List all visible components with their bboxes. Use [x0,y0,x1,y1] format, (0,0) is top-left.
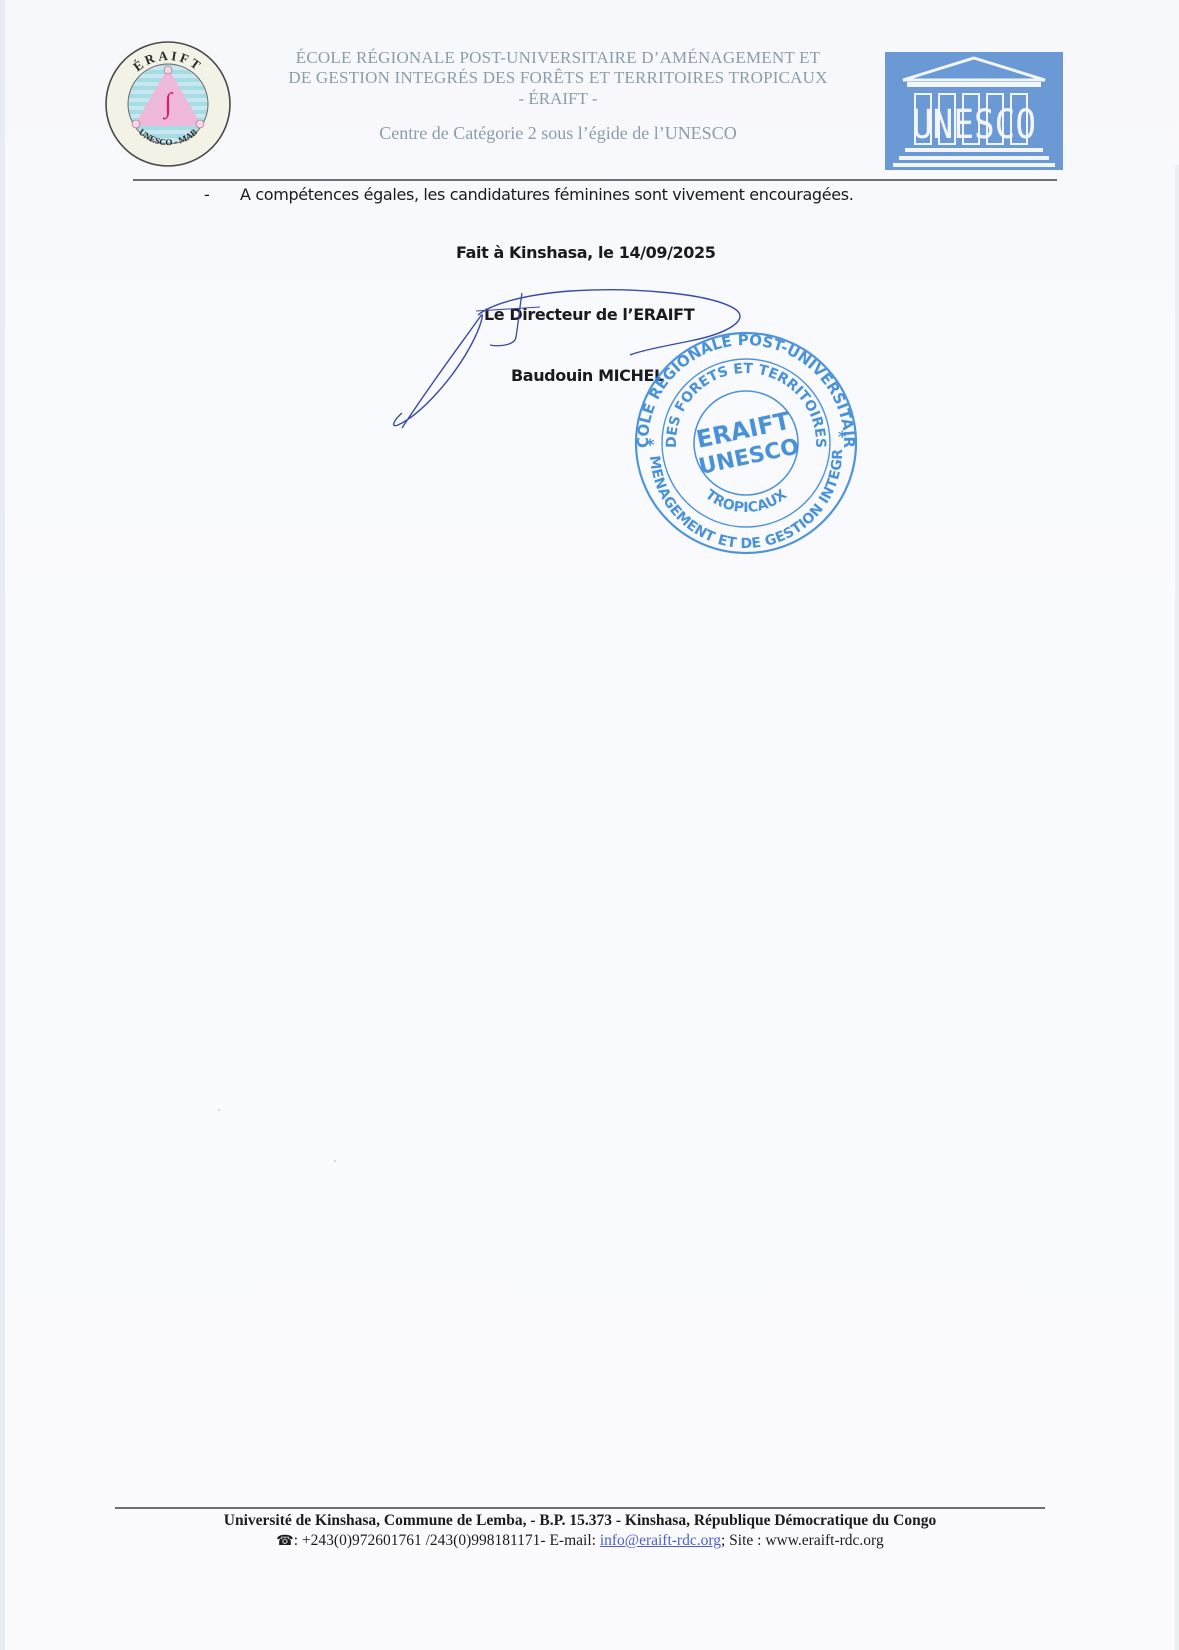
svg-text:TROPICAUX: TROPICAUX [702,487,790,517]
footer-phone: : +243(0)972601761 /243(0)998181171- E-m… [294,1532,600,1549]
email-link[interactable]: info@eraift-rdc.org [600,1532,721,1549]
header-line-1: ÉCOLE RÉGIONALE POST-UNIVERSITAIRE D’AMÉ… [228,48,888,68]
footer-contact: Université de Kinshasa, Commune de Lemba… [100,1511,1060,1552]
eraift-emblem-icon: ∫ ÉRAIFT UNESCO - MAB [102,38,234,170]
bullet-text: A compétences égales, les candidatures f… [240,185,853,204]
phone-icon: ☎ [276,1532,293,1552]
svg-text:UNESCO: UNESCO [912,102,1036,148]
footer-contact-line: ☎: +243(0)972601761 /243(0)998181171- E-… [100,1531,1060,1552]
scan-speck [334,1160,336,1162]
document-page: ∫ ÉRAIFT UNESCO - MAB ÉCOLE RÉGIONALE PO… [0,0,1179,1650]
unesco-temple-icon: UNESCO [885,52,1063,170]
header-divider [133,179,1057,181]
header-subtitle: Centre de Catégorie 2 sous l’égide de l’… [228,122,888,144]
footer-divider [115,1507,1045,1509]
scan-speck [218,1109,220,1111]
bullet-item: -A compétences égales, les candidatures … [204,184,853,206]
header-line-2: DE GESTION INTEGRÉS DES FORÊTS ET TERRIT… [228,68,888,88]
footer-site: ; Site : www.eraift-rdc.org [721,1532,884,1549]
place-and-date: Fait à Kinshasa, le 14/09/2025 [456,243,715,262]
header-acronym: - ÉRAIFT - [228,88,888,110]
bullet-marker: - [204,184,240,206]
scan-edge-left [0,0,5,1650]
scan-edge-right [1175,165,1179,1650]
svg-text:*: * [838,427,847,446]
official-stamp: ECOLE REGIONALE POST-UNIVERSITAIRE D'AME… [628,330,864,556]
institution-header: ÉCOLE RÉGIONALE POST-UNIVERSITAIRE D’AMÉ… [228,48,888,144]
svg-text:*: * [646,435,655,454]
footer-address: Université de Kinshasa, Commune de Lemba… [100,1511,1060,1531]
